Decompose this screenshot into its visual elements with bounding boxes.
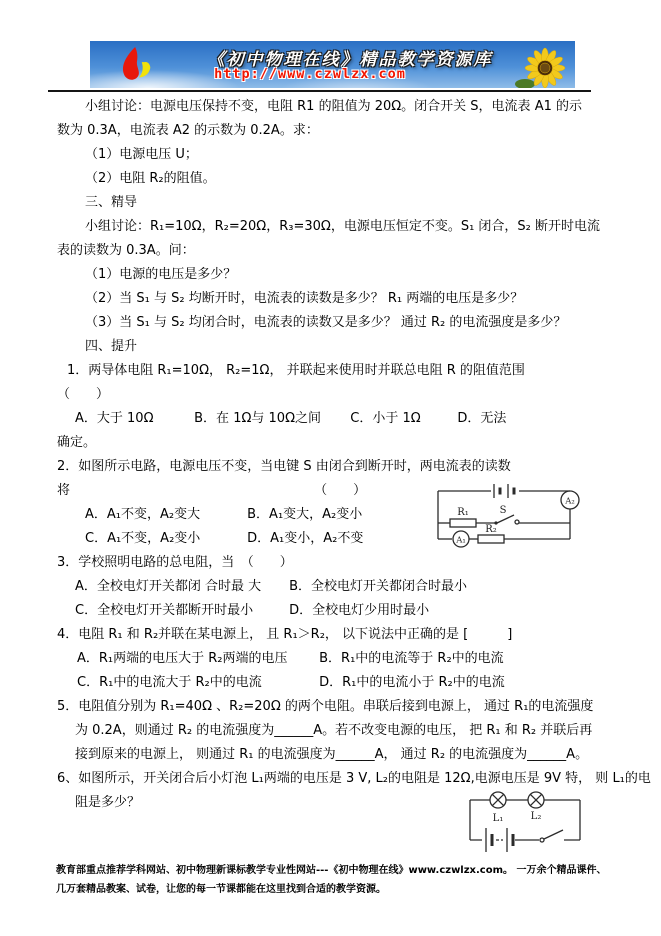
q3-option-b: B．全校电灯开关都闭合时最小 — [289, 575, 467, 599]
section3-item-3: （3）当 S₁ 与 S₂ 均闭合时，电流表的读数又是多少？ 通过 R₂ 的电流强… — [57, 311, 605, 335]
header-divider — [48, 90, 591, 92]
q2-option-a: A．A₁不变，A₂变大 — [85, 503, 243, 527]
section3-item-1: （1）电源的电压是多少？ — [57, 263, 605, 287]
q1-option-b: B．在 1Ω与 10Ω之间 — [194, 407, 346, 431]
resistor-r2-icon — [478, 535, 504, 543]
battery-icon — [494, 484, 514, 498]
s-label: S — [500, 505, 507, 516]
q3-options-row-2: C．全校电灯开关都断开时最小 D．全校电灯少用时最小 — [57, 599, 605, 623]
q1-options-row: A．大于 10Ω B．在 1Ω与 10Ω之间 C．小于 1Ω D．无法 — [57, 407, 605, 431]
q1-option-c: C．小于 1Ω — [350, 407, 453, 431]
r1-label: R₁ — [457, 507, 469, 518]
l2-label: L₂ — [531, 811, 542, 822]
r2-label: R₂ — [485, 524, 497, 535]
q2-option-c: C．A₁不变，A₂变小 — [85, 527, 243, 551]
q1-option-a: A．大于 10Ω — [75, 407, 190, 431]
sunflower-icon — [513, 44, 575, 88]
q5-line-1: 5．电阻值分别为 R₁=40Ω 、R₂=20Ω 的两个电阻。串联后接到电源上， … — [57, 695, 605, 719]
q3-option-a: A．全校电灯开关都闭 合时最 大 — [75, 575, 285, 599]
q4-options-row-1: A．R₁两端的电压大于 R₂两端的电压 B．R₁中的电流等于 R₂中的电流 — [57, 647, 605, 671]
q3-options-row-1: A．全校电灯开关都闭 合时最 大 B．全校电灯开关都闭合时最小 — [57, 575, 605, 599]
q2-option-d: D．A₁变小，A₂不变 — [247, 527, 363, 551]
switch-icon — [540, 830, 563, 842]
q5-line-2: 为 0.2A，则通过 R₂ 的电流强度为______A。若不改变电源的电压， 把… — [57, 719, 605, 743]
q2-answer-paren: （ ） — [314, 483, 366, 498]
q4-options-row-2: C．R₁中的电流大于 R₂中的电流 D．R₁中的电流小于 R₂中的电流 — [57, 671, 605, 695]
footer-line-2: 几万套精品教案、试卷，让您的每一节课都能在这里找到合适的教学资源。 — [56, 880, 616, 899]
section3-heading: 三、精导 — [57, 191, 605, 215]
banner-url: http://www.czwlzx.com — [90, 66, 530, 82]
q4-option-c: C．R₁中的电流大于 R₂中的电流 — [77, 671, 315, 695]
q4-option-d: D．R₁中的电流小于 R₂中的电流 — [319, 671, 505, 695]
site-banner: 《初中物理在线》精品教学资源库 http://www.czwlzx.com — [90, 41, 575, 88]
footer: 教育部重点推荐学科网站、初中物理新课标教学专业性网站---《初中物理在线》www… — [56, 861, 616, 899]
q1-option-d-cont: 确定。 — [57, 431, 605, 455]
worksheet-page: 《初中物理在线》精品教学资源库 http://www.czwlzx.com — [0, 0, 661, 936]
a1-label: A₁ — [455, 536, 466, 546]
lamp-l2-icon — [528, 792, 544, 808]
q6-circuit-wires — [470, 792, 580, 852]
intro-line-2: 数为 0.3A，电流表 A2 的示数为 0.2A。求： — [57, 119, 605, 143]
section4-heading: 四、提升 — [57, 335, 605, 359]
q1-line-1: 1．两导体电阻 R₁=10Ω， R₂=1Ω， 并联起来使用时并联总电阻 R 的阻… — [57, 359, 605, 383]
lamp-l1-icon — [490, 792, 506, 808]
q6-circuit-diagram: L₁ L₂ — [464, 788, 586, 860]
switch-s-icon — [494, 515, 519, 525]
section3-item-2: （2）当 S₁ 与 S₂ 均断开时，电流表的读数是多少？ R₁ 两端的电压是多少… — [57, 287, 605, 311]
intro-item-1: （1）电源电压 U； — [57, 143, 605, 167]
q2-option-b: B．A₁变大，A₂变小 — [247, 503, 362, 527]
document-body: 小组讨论：电源电压保持不变，电阻 R1 的阻值为 20Ω。闭合开关 S，电流表 … — [57, 95, 605, 815]
q2-line-1: 2．如图所示电路，电源电压不变，当电键 S 由闭合到断开时，两电流表的读数 — [57, 455, 605, 479]
section3-line-1: 小组讨论：R₁=10Ω，R₂=20Ω，R₃=30Ω，电源电压恒定不变。S₁ 闭合… — [57, 215, 605, 239]
l1-label: L₁ — [493, 813, 504, 824]
q1-answer-paren: （ ） — [57, 383, 605, 407]
intro-line-1: 小组讨论：电源电压保持不变，电阻 R1 的阻值为 20Ω。闭合开关 S，电流表 … — [57, 95, 605, 119]
q3-line-1: 3．学校照明电路的总电阻，当 （ ） — [57, 551, 605, 575]
resistor-r1-icon — [450, 519, 476, 527]
q4-option-b: B．R₁中的电流等于 R₂中的电流 — [319, 647, 504, 671]
section3-line-2: 表的读数为 0.3A。问： — [57, 239, 605, 263]
q2-lead-word: 将 — [57, 479, 310, 503]
q3-option-d: D．全校电灯少用时最小 — [289, 599, 429, 623]
q2-circuit-diagram: R₁ S A₂ R₂ A₁ — [430, 481, 590, 549]
q4-line-1: 4．电阻 R₁ 和 R₂并联在某电源上， 且 R₁＞R₂， 以下说法中正确的是 … — [57, 623, 605, 647]
intro-item-2: （2）电阻 R₂的阻值。 — [57, 167, 605, 191]
q4-option-a: A．R₁两端的电压大于 R₂两端的电压 — [77, 647, 315, 671]
battery-icon — [486, 828, 513, 852]
q5-line-3: 接到原来的电源上， 则通过 R₁ 的电流强度为______A， 通过 R₂ 的电… — [57, 743, 605, 767]
q1-option-d: D．无法 — [457, 407, 506, 431]
a2-label: A₂ — [564, 497, 575, 507]
q3-option-c: C．全校电灯开关都断开时最小 — [75, 599, 285, 623]
footer-line-1: 教育部重点推荐学科网站、初中物理新课标教学专业性网站---《初中物理在线》www… — [56, 861, 616, 880]
